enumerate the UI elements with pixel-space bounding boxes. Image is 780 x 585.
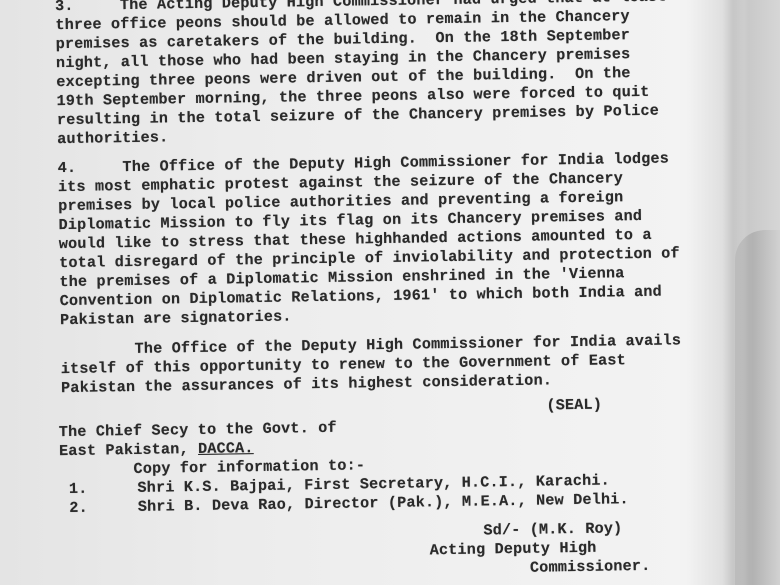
addressee-city: DACCA. xyxy=(198,439,254,458)
addressee-province: East Pakistan, xyxy=(59,440,198,460)
signature-title-2: Commissioner. xyxy=(530,557,651,578)
signature-name: Sd/- (M.K. Roy) xyxy=(483,519,622,540)
copy-item-number: 2. xyxy=(60,499,88,517)
para4-line: Pakistan are signatories. xyxy=(60,307,292,330)
seal-mark: (SEAL) xyxy=(546,396,602,416)
copy-item-number: 1. xyxy=(60,480,88,498)
addressee-line-1: The Chief Secy to the Govt. of xyxy=(59,419,337,442)
signature-title-1: Acting Deputy High xyxy=(430,539,597,561)
para3-line: authorities. xyxy=(57,128,168,149)
typed-document-page: 3. The Acting Deputy High Commissioner h… xyxy=(0,0,780,585)
